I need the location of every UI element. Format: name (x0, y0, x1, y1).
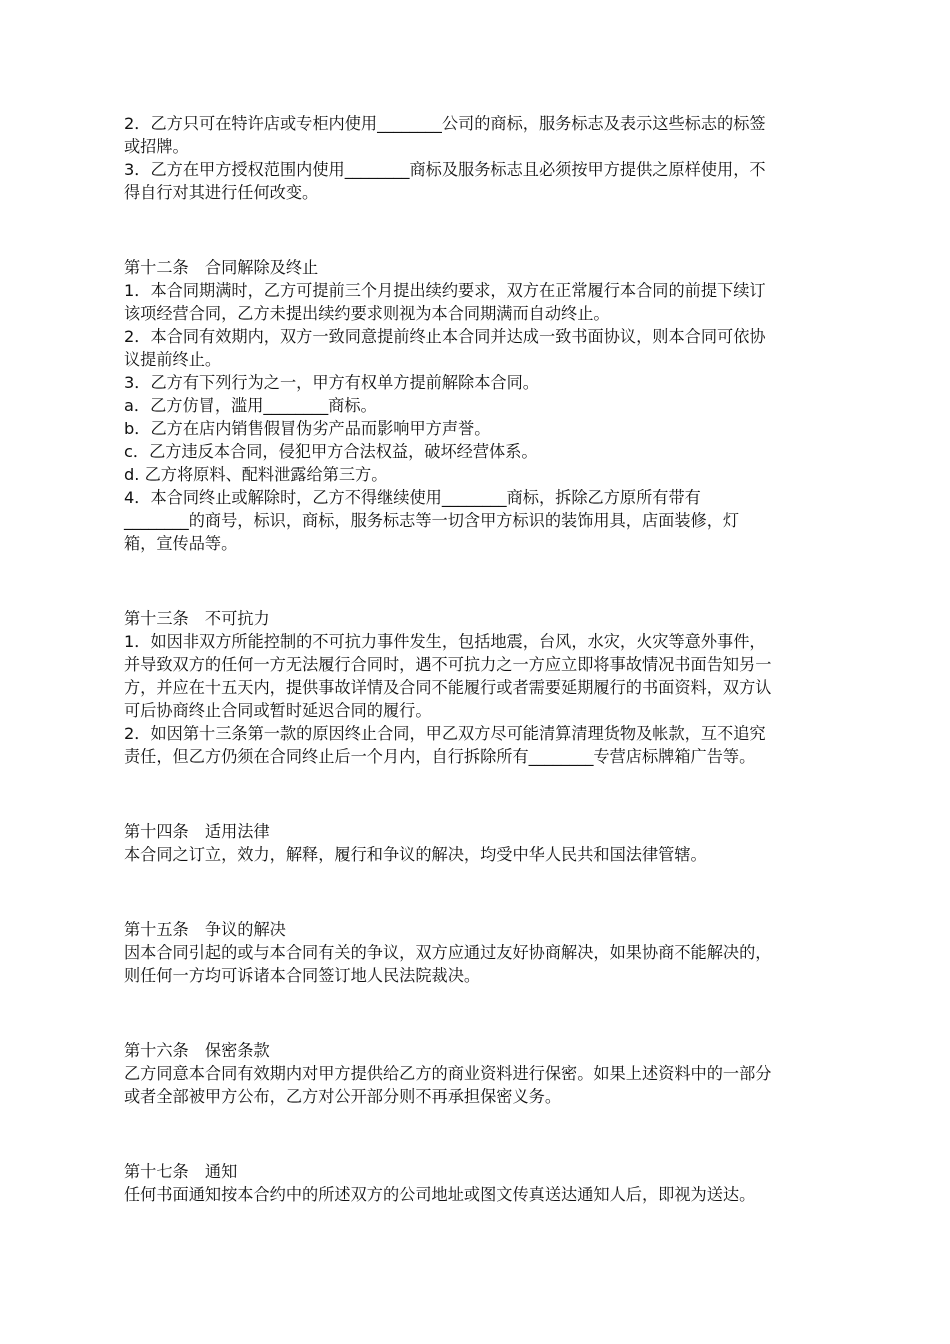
section-gap (124, 1108, 834, 1160)
section-gap (124, 866, 834, 918)
article-heading: 第十三条 不可抗力 (124, 607, 834, 630)
text-line: 1．如因非双方所能控制的不可抗力事件发生，包括地震，台风，水灾，火灾等意外事件， (124, 630, 834, 653)
text-line: 2．如因第十三条第一款的原因终止合同，甲乙双方尽可能清算清理货物及帐款，互不追究 (124, 722, 834, 745)
article-12: 第十二条 合同解除及终止 1．本合同期满时，乙方可提前三个月提出续约要求，双方在… (124, 256, 834, 555)
text-line: c．乙方违反本合同，侵犯甲方合法权益，破坏经营体系。 (124, 440, 834, 463)
text-line: 3．乙方有下列行为之一，甲方有权单方提前解除本合同。 (124, 371, 834, 394)
text-line: 2．乙方只可在特许店或专柜内使用________公司的商标，服务标志及表示这些标… (124, 112, 834, 135)
text-line: ________的商号，标识，商标，服务标志等一切含甲方标识的装饰用具，店面装修… (124, 509, 834, 532)
article-heading: 第十七条 通知 (124, 1160, 834, 1183)
section-gap (124, 768, 834, 820)
article-heading: 第十六条 保密条款 (124, 1039, 834, 1062)
continuation-block: 2．乙方只可在特许店或专柜内使用________公司的商标，服务标志及表示这些标… (124, 112, 834, 204)
text-line: 因本合同引起的或与本合同有关的争议，双方应通过友好协商解决，如果协商不能解决的， (124, 941, 834, 964)
article-15: 第十五条 争议的解决 因本合同引起的或与本合同有关的争议，双方应通过友好协商解决… (124, 918, 834, 987)
text-line: 得自行对其进行任何改变。 (124, 181, 834, 204)
text-line: 4．本合同终止或解除时，乙方不得继续使用________商标，拆除乙方原所有带有 (124, 486, 834, 509)
document-page: 2．乙方只可在特许店或专柜内使用________公司的商标，服务标志及表示这些标… (124, 112, 834, 1206)
text-line: 议提前终止。 (124, 348, 834, 371)
text-line: 责任，但乙方仍须在合同终止后一个月内，自行拆除所有________专营店标牌箱广… (124, 745, 834, 768)
text-line: 本合同之订立，效力，解释，履行和争议的解决，均受中华人民共和国法律管辖。 (124, 843, 834, 866)
article-16: 第十六条 保密条款 乙方同意本合同有效期内对甲方提供给乙方的商业资料进行保密。如… (124, 1039, 834, 1108)
article-heading: 第十五条 争议的解决 (124, 918, 834, 941)
article-heading: 第十二条 合同解除及终止 (124, 256, 834, 279)
text-line: 或招牌。 (124, 135, 834, 158)
text-line: 方，并应在十五天内，提供事故详情及合同不能履行或者需要延期履行的书面资料，双方认 (124, 676, 834, 699)
text-line: 1．本合同期满时，乙方可提前三个月提出续约要求，双方在正常履行本合同的前提下续订 (124, 279, 834, 302)
article-13: 第十三条 不可抗力 1．如因非双方所能控制的不可抗力事件发生，包括地震，台风，水… (124, 607, 834, 768)
text-line: 则任何一方均可诉诸本合同签订地人民法院裁决。 (124, 964, 834, 987)
text-line: 可后协商终止合同或暂时延迟合同的履行。 (124, 699, 834, 722)
text-line: 或者全部被甲方公布，乙方对公开部分则不再承担保密义务。 (124, 1085, 834, 1108)
text-line: 箱，宣传品等。 (124, 532, 834, 555)
text-line: 2．本合同有效期内，双方一致同意提前终止本合同并达成一致书面协议，则本合同可依协 (124, 325, 834, 348)
text-line: 乙方同意本合同有效期内对甲方提供给乙方的商业资料进行保密。如果上述资料中的一部分 (124, 1062, 834, 1085)
text-line: b．乙方在店内销售假冒伪劣产品而影响甲方声誉。 (124, 417, 834, 440)
article-14: 第十四条 适用法律 本合同之订立，效力，解释，履行和争议的解决，均受中华人民共和… (124, 820, 834, 866)
article-heading: 第十四条 适用法律 (124, 820, 834, 843)
section-gap (124, 204, 834, 256)
text-line: 任何书面通知按本合约中的所述双方的公司地址或图文传真送达通知人后，即视为送达。 (124, 1183, 834, 1206)
text-line: d. 乙方将原料、配料泄露给第三方。 (124, 463, 834, 486)
section-gap (124, 555, 834, 607)
text-line: 并导致双方的任何一方无法履行合同时，遇不可抗力之一方应立即将事故情况书面告知另一 (124, 653, 834, 676)
text-line: 3．乙方在甲方授权范围内使用________商标及服务标志且必须按甲方提供之原样… (124, 158, 834, 181)
text-line: a．乙方仿冒，滥用________商标。 (124, 394, 834, 417)
text-line: 该项经营合同，乙方未提出续约要求则视为本合同期满而自动终止。 (124, 302, 834, 325)
section-gap (124, 987, 834, 1039)
article-17: 第十七条 通知 任何书面通知按本合约中的所述双方的公司地址或图文传真送达通知人后… (124, 1160, 834, 1206)
